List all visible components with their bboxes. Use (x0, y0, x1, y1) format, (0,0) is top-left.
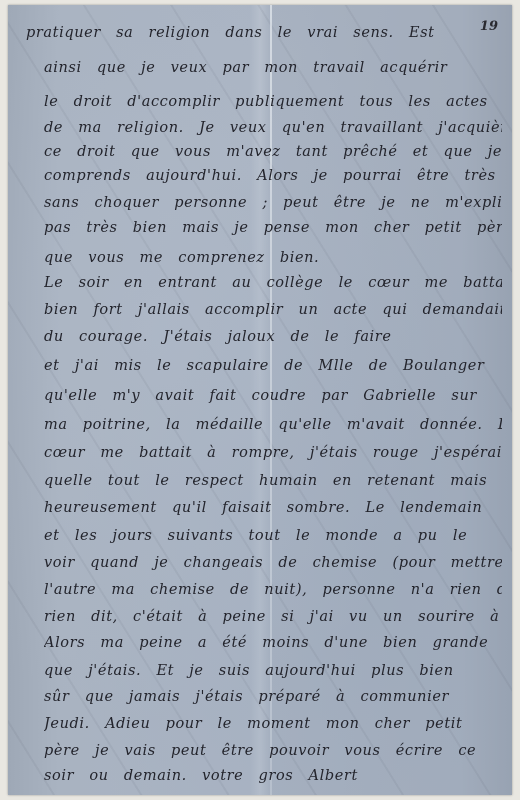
handwritten-line: ce droit que vous m'avez tant prêché et … (44, 139, 502, 165)
handwritten-line: quelle tout le respect humain en retenan… (44, 468, 502, 494)
handwritten-line: et les jours suivants tout le monde a pu… (44, 523, 502, 549)
handwritten-line: de ma religion. Je veux qu'en travaillan… (44, 115, 502, 141)
handwritten-line: pratiquer sa religion dans le vrai sens.… (26, 20, 502, 46)
handwritten-line: Alors ma peine a été moins d'une bien gr… (44, 630, 502, 656)
handwritten-line: que j'étais. Et je suis aujourd'hui plus… (44, 658, 502, 684)
handwritten-line: voir quand je changeais de chemise (pour… (44, 550, 502, 576)
handwritten-line: heureusement qu'il faisait sombre. Le le… (44, 495, 502, 521)
handwritten-line: père je vais peut être pouvoir vous écri… (44, 738, 502, 764)
handwritten-line: ma poitrine, la médaille qu'elle m'avait… (44, 412, 502, 438)
handwritten-line: qu'elle m'y avait fait coudre par Gabrie… (44, 383, 502, 409)
handwritten-line: cœur me battait à rompre, j'étais rouge … (44, 440, 502, 466)
handwritten-line: du courage. J'étais jaloux de le faire (44, 324, 502, 350)
handwritten-line: pas très bien mais je pense mon cher pet… (44, 215, 502, 241)
handwritten-line: que vous me comprenez bien. (44, 245, 502, 271)
handwritten-text-body: pratiquer sa religion dans le vrai sens.… (8, 5, 512, 795)
handwritten-line: rien dit, c'était à peine si j'ai vu un … (44, 604, 502, 630)
handwritten-line: sans choquer personne ; peut être je ne … (44, 190, 502, 216)
handwritten-line: bien fort j'allais accomplir un acte qui… (44, 297, 502, 323)
handwritten-line: l'autre ma chemise de nuit), personne n'… (44, 577, 502, 603)
handwritten-line: ainsi que je veux par mon travail acquér… (44, 55, 502, 81)
handwritten-line: Le soir en entrant au collège le cœur me… (44, 270, 502, 296)
handwritten-line: soir ou demain. votre gros Albert (44, 763, 502, 789)
letter-page: 19 pratiquer sa religion dans le vrai se… (8, 5, 512, 795)
handwritten-line: et j'ai mis le scapulaire de Mlle de Bou… (44, 353, 502, 379)
handwritten-line: comprends aujourd'hui. Alors je pourrai … (44, 163, 502, 189)
handwritten-line: Jeudi. Adieu pour le moment mon cher pet… (44, 711, 502, 737)
handwritten-line: le droit d'accomplir publiquement tous l… (44, 89, 502, 115)
handwritten-line: sûr que jamais j'étais préparé à communi… (44, 684, 502, 710)
